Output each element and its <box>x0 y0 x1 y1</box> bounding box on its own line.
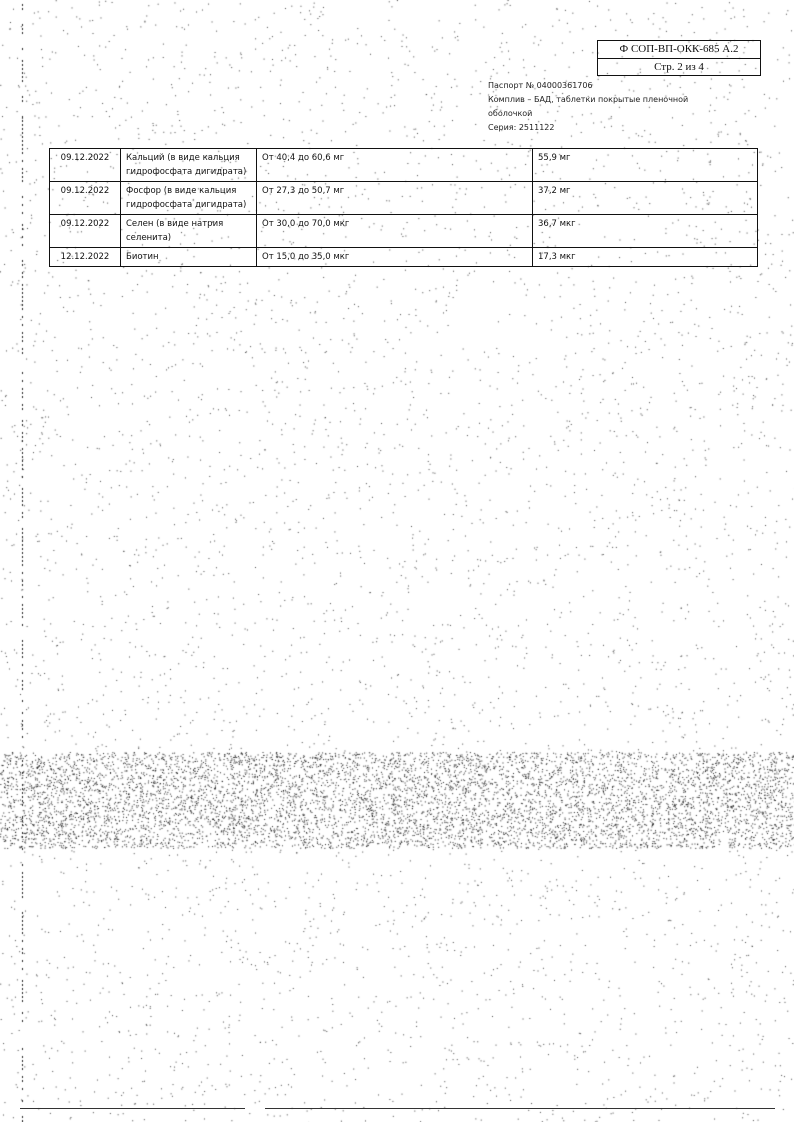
cell-indicator: Селен (в виде натрия селенита) <box>121 215 257 248</box>
cell-indicator: Биотин <box>121 248 257 267</box>
passport-number: Паспорт № 04000361706 <box>488 79 688 93</box>
cell-norm: От 27,3 до 50,7 мг <box>257 182 533 215</box>
series-number: Серия: 2511122 <box>488 121 688 135</box>
cell-date: 12.12.2022 <box>50 248 121 267</box>
page-number: Стр. 2 из 4 <box>598 58 760 76</box>
cell-norm: От 15,0 до 35,0 мкг <box>257 248 533 267</box>
form-code: Ф СОП-ВП-ОКК-685 А.2 <box>598 41 760 58</box>
cell-result: 37,2 мг <box>533 182 758 215</box>
table-row: 09.12.2022Селен (в виде натрия селенита)… <box>50 215 758 248</box>
product-name-line2: оболочкой <box>488 107 688 121</box>
passport-block: Паспорт № 04000361706 Комплив – БАД, таб… <box>488 79 688 135</box>
table-row: 09.12.2022Кальций (в виде кальция гидроф… <box>50 149 758 182</box>
cell-date: 09.12.2022 <box>50 215 121 248</box>
cell-result: 17,3 мкг <box>533 248 758 267</box>
form-code-box: Ф СОП-ВП-ОКК-685 А.2 Стр. 2 из 4 <box>597 40 761 76</box>
cell-norm: От 40,4 до 60,6 мг <box>257 149 533 182</box>
cell-norm: От 30,0 до 70,0 мкг <box>257 215 533 248</box>
cell-indicator: Кальций (в виде кальция гидрофосфата диг… <box>121 149 257 182</box>
divider <box>20 1108 245 1109</box>
divider <box>265 1108 775 1109</box>
table-row: 09.12.2022Фосфор (в виде кальция гидрофо… <box>50 182 758 215</box>
cell-result: 36,7 мкг <box>533 215 758 248</box>
cell-indicator: Фосфор (в виде кальция гидрофосфата диги… <box>121 182 257 215</box>
cell-date: 09.12.2022 <box>50 182 121 215</box>
cell-result: 55,9 мг <box>533 149 758 182</box>
product-name-line1: Комплив – БАД, таблетки покрытые пленочн… <box>488 93 688 107</box>
results-table: 09.12.2022Кальций (в виде кальция гидроф… <box>49 148 758 267</box>
table-row: 12.12.2022БиотинОт 15,0 до 35,0 мкг17,3 … <box>50 248 758 267</box>
cell-date: 09.12.2022 <box>50 149 121 182</box>
